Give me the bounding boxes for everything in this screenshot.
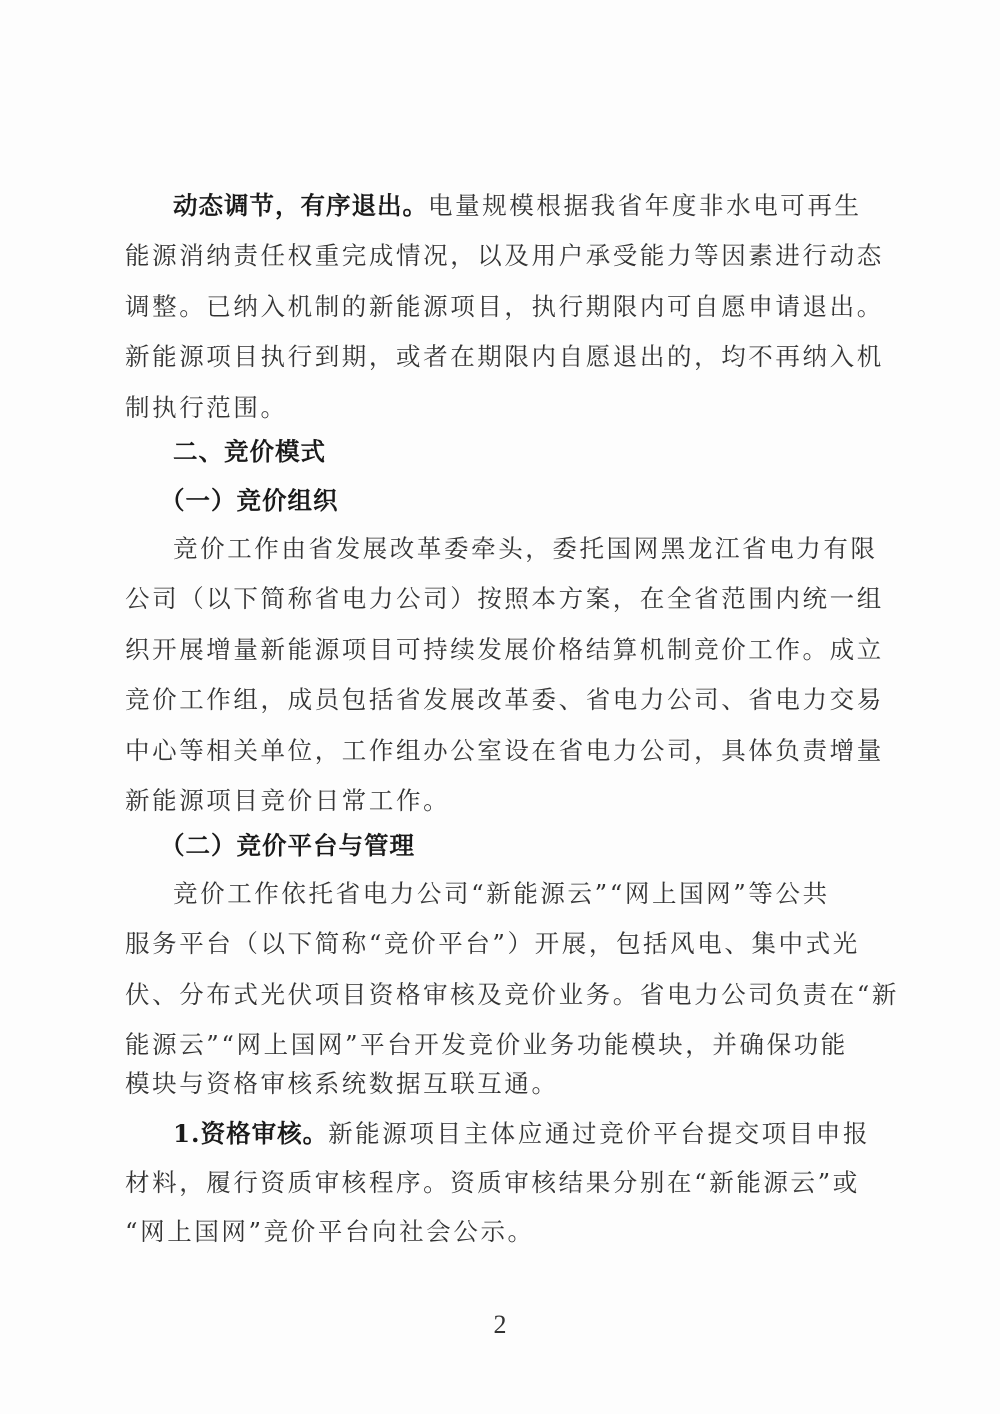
paragraph-dynamic-text: 电量规模根据我省年度非水电可再生 xyxy=(428,191,862,220)
paragraph-dynamic-line-3: 调整。已纳入机制的新能源项目，执行期限内可自愿申请退出。 xyxy=(125,287,870,327)
paragraph-dynamic-line-2: 能源消纳责任权重完成情况，以及用户承受能力等因素进行动态 xyxy=(125,236,870,276)
paragraph-dynamic-line-4: 新能源项目执行到期，或者在期限内自愿退出的，均不再纳入机 xyxy=(125,337,870,377)
paragraph-platform-line-5: 模块与资格审核系统数据互联互通。 xyxy=(125,1064,870,1104)
document-page: 动态调节，有序退出。电量规模根据我省年度非水电可再生 能源消纳责任权重完成情况，… xyxy=(0,0,1000,1414)
paragraph-dynamic-lead: 动态调节，有序退出。 xyxy=(173,191,428,220)
paragraph-qualification-line-3: “网上国网”竞价平台向社会公示。 xyxy=(125,1212,870,1252)
paragraph-organization-line-5: 中心等相关单位，工作组办公室设在省电力公司，具体负责增量 xyxy=(125,731,870,771)
page-number: 2 xyxy=(480,1310,520,1340)
subsection-2-heading: （二）竞价平台与管理 xyxy=(160,826,905,866)
paragraph-organization-line-3: 织开展增量新能源项目可持续发展价格结算机制竞价工作。成立 xyxy=(125,630,870,670)
paragraph-organization-line-2: 公司（以下简称省电力公司）按照本方案，在全省范围内统一组 xyxy=(125,579,870,619)
subsection-1-heading: （一）竞价组织 xyxy=(160,481,905,521)
paragraph-organization-line-1: 竞价工作由省发展改革委牵头，委托国网黑龙江省电力有限 xyxy=(173,529,870,569)
paragraph-dynamic-line-5: 制执行范围。 xyxy=(125,388,870,428)
paragraph-qualification-lead: 1.资格审核。 xyxy=(173,1119,328,1148)
paragraph-organization-line-6: 新能源项目竞价日常工作。 xyxy=(125,781,870,821)
paragraph-qualification-text: 新能源项目主体应通过竞价平台提交项目申报 xyxy=(328,1119,870,1148)
paragraph-dynamic-line-1: 动态调节，有序退出。电量规模根据我省年度非水电可再生 xyxy=(173,186,870,226)
paragraph-qualification-line-1: 1.资格审核。新能源项目主体应通过竞价平台提交项目申报 xyxy=(173,1114,870,1154)
paragraph-platform-line-2: 服务平台（以下简称“竞价平台”）开展，包括风电、集中式光 xyxy=(125,924,870,964)
paragraph-qualification-line-2: 材料，履行资质审核程序。资质审核结果分别在“新能源云”或 xyxy=(125,1163,870,1203)
paragraph-platform-line-3: 伏、分布式光伏项目资格审核及竞价业务。省电力公司负责在“新 xyxy=(125,975,870,1015)
paragraph-platform-line-4: 能源云”“网上国网”平台开发竞价业务功能模块，并确保功能 xyxy=(125,1025,870,1065)
section-2-heading: 二、竞价模式 xyxy=(173,432,918,472)
paragraph-platform-line-1: 竞价工作依托省电力公司“新能源云”“网上国网”等公共 xyxy=(173,874,870,914)
paragraph-organization-line-4: 竞价工作组，成员包括省发展改革委、省电力公司、省电力交易 xyxy=(125,680,870,720)
